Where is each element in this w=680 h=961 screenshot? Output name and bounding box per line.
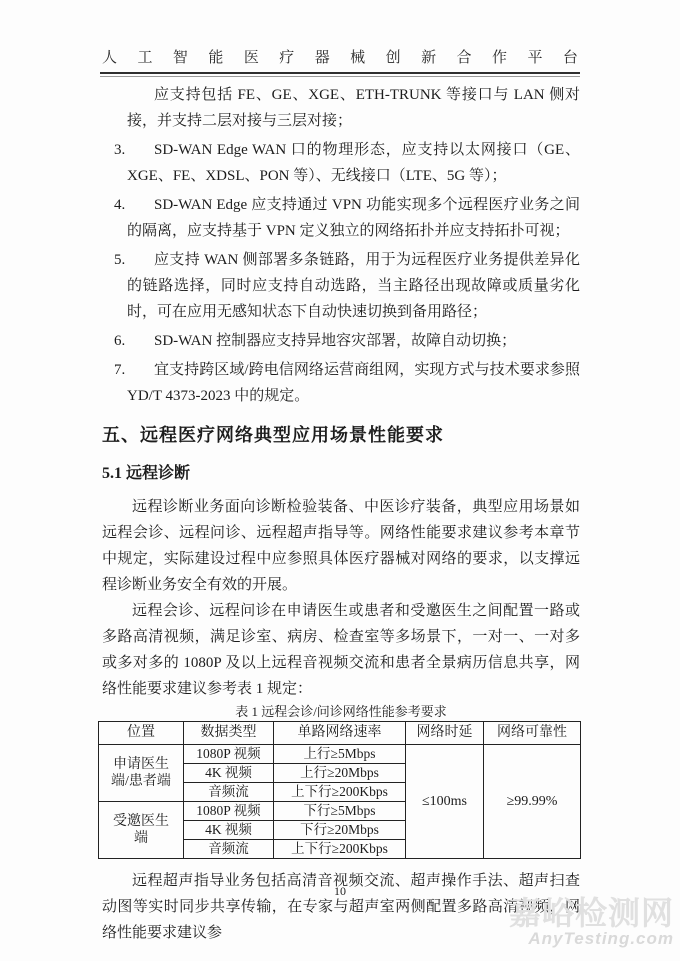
rate-cell: 上下行≥200Kbps [274,840,406,859]
column-header-data-type: 数据类型 [184,722,274,745]
subsection-heading: 5.1 远程诊断 [102,464,580,484]
document-page: 人工智能医疗器械创新合作平台 应支持包括 FE、GE、XGE、ETH-TRUNK… [0,0,680,961]
list-item-3: 3.SD-WAN Edge WAN 口的物理形态，应支持以太网接口（GE、XGE… [127,137,580,189]
list-item-4: 4.SD-WAN Edge 应支持通过 VPN 功能实现多个远程医疗业务之间的隔… [127,192,580,244]
list-item-6: 6.SD-WAN 控制器应支持异地容灾部署，故障自动切换； [127,328,580,354]
list-item-text: SD-WAN Edge WAN 口的物理形态，应支持以太网接口（GE、XGE、F… [127,142,580,184]
data-type-cell: 1080P 视频 [184,745,274,764]
paragraph-1: 远程诊断业务面向诊断检验装备、中医诊疗装备，典型应用场景如远程会诊、远程问诊、远… [102,494,580,598]
data-type-cell: 音频流 [184,840,274,859]
list-item-number: 7. [114,357,125,383]
location-cell-invited: 受邀医生 端 [99,802,184,859]
header-divider [100,72,580,77]
list-item-number: 5. [114,247,125,273]
table-row: 申请医生 端/患者端 1080P 视频 上行≥5Mbps ≤100ms ≥99.… [99,745,581,764]
table-header-row: 位置 数据类型 单路网络速率 网络时延 网络可靠性 [99,722,581,745]
watermark: 嘉峪检测网 AnyTesting.com [509,896,674,948]
rate-cell: 上行≥20Mbps [274,764,406,783]
column-header-location: 位置 [99,722,184,745]
list-item-text: SD-WAN 控制器应支持异地容灾部署，故障自动切换； [154,333,516,349]
reliability-cell: ≥99.99% [484,745,581,859]
list-item-text: 应支持 WAN 侧部署多条链路，用于为远程医疗业务提供差异化的链路选择，同时应支… [127,252,580,320]
list-item-text: 宜支持跨区域/跨电信网络运营商组网，实现方式与技术要求参照 YD/T 4373-… [127,362,580,404]
list-item-continuation: 应支持包括 FE、GE、XGE、ETH-TRUNK 等接口与 LAN 侧对接，并… [127,82,580,134]
header-title: 人工智能医疗器械创新合作平台 [100,46,580,72]
data-type-cell: 4K 视频 [184,764,274,783]
list-item-7: 7.宜支持跨区域/跨电信网络运营商组网，实现方式与技术要求参照 YD/T 437… [127,357,580,409]
watermark-subtitle: AnyTesting.com [509,930,674,948]
latency-cell: ≤100ms [406,745,484,859]
list-item-number: 6. [114,328,125,354]
rate-cell: 下行≥5Mbps [274,802,406,821]
list-item-5: 5.应支持 WAN 侧部署多条链路，用于为远程医疗业务提供差异化的链路选择，同时… [127,247,580,325]
data-type-cell: 1080P 视频 [184,802,274,821]
location-cell-requesting: 申请医生 端/患者端 [99,745,184,802]
document-body: 应支持包括 FE、GE、XGE、ETH-TRUNK 等接口与 LAN 侧对接，并… [102,82,580,946]
section-heading: 五、远程医疗网络典型应用场景性能要求 [102,423,580,447]
page-header: 人工智能医疗器械创新合作平台 [100,46,580,77]
list-item-number: 3. [114,137,125,163]
column-header-rate: 单路网络速率 [274,722,406,745]
list-item-number: 4. [114,192,125,218]
column-header-reliability: 网络可靠性 [484,722,581,745]
watermark-title: 嘉峪检测网 [509,896,674,930]
column-header-latency: 网络时延 [406,722,484,745]
paragraph-2: 远程会诊、远程问诊在申请医生或患者和受邀医生之间配置一路或多路高清视频，满足诊室… [102,598,580,702]
performance-table: 位置 数据类型 单路网络速率 网络时延 网络可靠性 申请医生 端/患者端 108… [98,721,581,859]
data-type-cell: 音频流 [184,783,274,802]
data-type-cell: 4K 视频 [184,821,274,840]
rate-cell: 下行≥20Mbps [274,821,406,840]
rate-cell: 上下行≥200Kbps [274,783,406,802]
table-caption: 表 1 远程会诊/问诊网络性能参考要求 [102,703,580,721]
rate-cell: 上行≥5Mbps [274,745,406,764]
list-item-text: SD-WAN Edge 应支持通过 VPN 功能实现多个远程医疗业务之间的隔离，… [127,197,580,239]
